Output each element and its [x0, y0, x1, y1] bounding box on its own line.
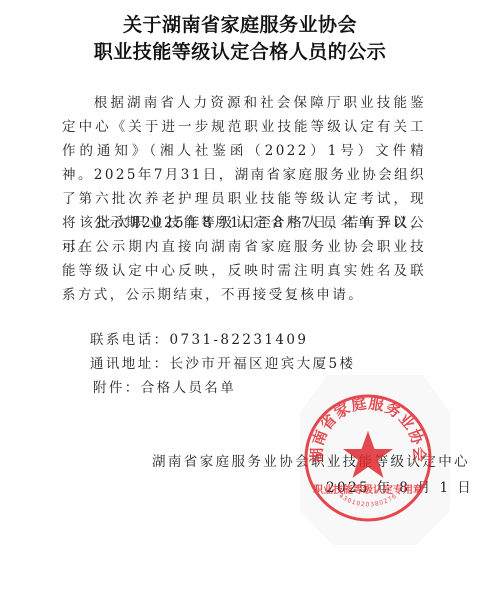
page-title-line-1: 关于湖南省家庭服务业协会 — [0, 10, 480, 37]
official-seal: 湖南省家庭服务业协会 职业技能等级认定专用章 4301020380276 — [303, 393, 433, 523]
seal-inner-text: 职业技能等级认定专用章 — [313, 483, 423, 496]
contact-address: 通讯地址：长沙市开福区迎宾大厦5楼 — [90, 352, 355, 372]
attachment-note: 附件：合格人员名单 — [93, 376, 236, 396]
page-title-line-2: 职业技能等级认定合格人员的公示 — [0, 37, 480, 64]
body-paragraph-2: 公示期2025年8月1日至8月7日，若有异议，可在公示期内直接向湖南省家庭服务业… — [62, 211, 426, 307]
star-icon — [343, 431, 393, 478]
contact-phone: 联系电话：0731-82231409 — [90, 328, 308, 348]
paragraph-2-text: 公示期2025年8月1日至8月7日，若有异议，可在公示期内直接向湖南省家庭服务业… — [62, 215, 426, 303]
